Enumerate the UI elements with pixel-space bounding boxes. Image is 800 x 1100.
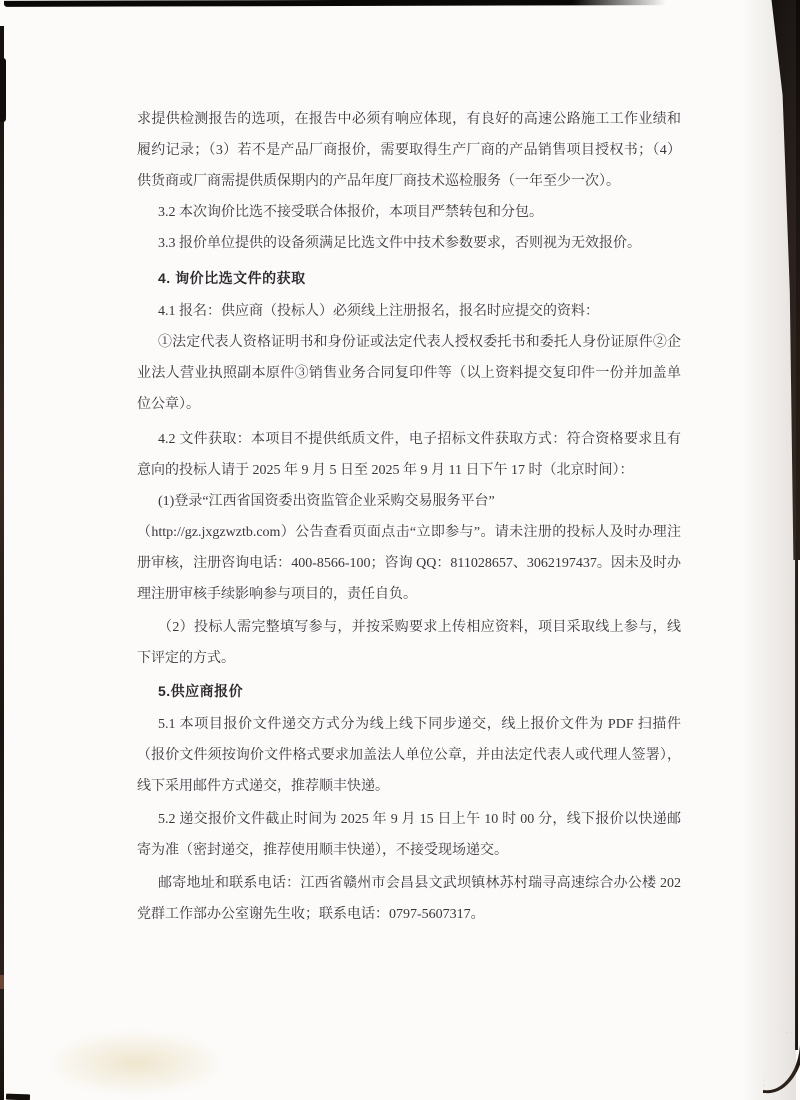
scan-shadow-right [742, 0, 796, 1100]
clause-platform-url-and-contacts: （http://gz.jxgzwztb.com）公告查看页面点击“立即参与”。请… [137, 517, 681, 610]
clause-4-1-registration: 4.1 报名：供应商（投标人）必须线上注册报名，报名时应提交的资料： [137, 296, 681, 327]
scan-artifact-top-right-wedge [770, 0, 800, 560]
clause-4-2-file-acquisition: 4.2 文件获取：本项目不提供纸质文件，电子招标文件获取方式：符合资格要求且有意… [137, 424, 681, 486]
scan-artifact-bottom-left-mark [6, 1094, 30, 1100]
clause-mailing-address-contact: 邮寄地址和联系电话：江西省赣州市会昌县文武坝镇林苏村瑞寻高速综合办公楼 202 … [137, 868, 681, 930]
section-4-heading-document-acquisition: 4. 询价比选文件的获取 [137, 263, 681, 294]
scan-smudge-bottom-left [46, 1030, 226, 1096]
scan-artifact-bottom-right-curl [763, 1030, 800, 1096]
document-content: 求提供检测报告的选项，在报告中必须有响应体现，有良好的高速公路施工工作业绩和履约… [137, 0, 681, 930]
clause-5-1-submission-method: 5.1 本项目报价文件递交方式分为线上线下同步递交，线上报价文件为 PDF 扫描… [137, 709, 681, 802]
scan-artifact-right-edge-line [795, 540, 798, 1050]
section-5-heading-supplier-quotation: 5.供应商报价 [137, 676, 681, 707]
paragraph-continuation-quality-requirements: 求提供检测报告的选项，在报告中必须有响应体现，有良好的高速公路施工工作业绩和履约… [137, 104, 681, 197]
clause-2-online-participation: （2）投标人需完整填写参与，并按采购要求上传相应资料，项目采取线上参与，线下评定… [137, 612, 681, 674]
document-page: 求提供检测报告的选项，在报告中必须有响应体现，有良好的高速公路施工工作业绩和履约… [0, 0, 800, 1100]
clause-registration-materials: ①法定代表人资格证明书和身份证或法定代表人授权委托书和委托人身份证原件②企业法人… [137, 327, 681, 420]
clause-3-3-technical-parameters: 3.3 报价单位提供的设备须满足比选文件中技术参数要求，否则视为无效报价。 [137, 228, 681, 259]
scan-artifact-left-brown-mark [0, 975, 4, 989]
clause-3-2-no-consortium: 3.2 本次询价比选不接受联合体报价，本项目严禁转包和分包。 [137, 197, 681, 228]
clause-5-2-submission-deadline: 5.2 递交报价文件截止时间为 2025 年 9 月 15 日上午 10 时 0… [137, 804, 681, 866]
clause-platform-login: (1)登录“江西省国资委出资监管企业采购交易服务平台” [137, 486, 681, 517]
scan-artifact-left-edge [0, 26, 4, 1100]
scan-artifact-left-blob [0, 58, 6, 122]
